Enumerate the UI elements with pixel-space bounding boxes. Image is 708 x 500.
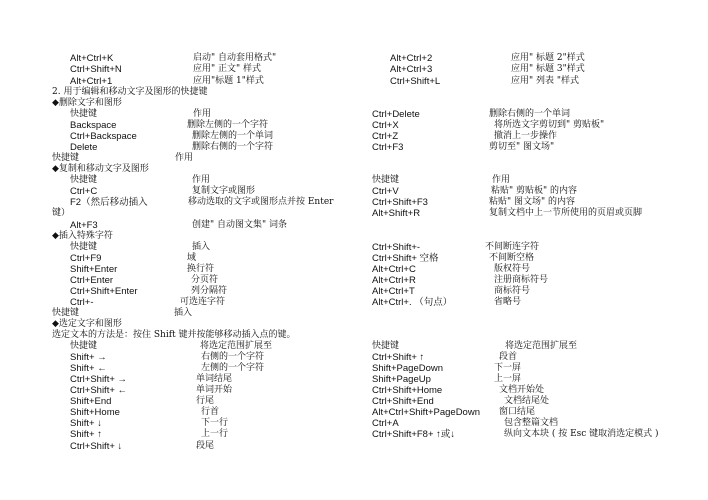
shortcut-key: Ctrl+Shift+F3 <box>372 197 428 208</box>
shortcut-key: Alt+Shift+R <box>372 208 420 219</box>
shortcut-key: Ctrl+A <box>372 418 399 429</box>
shortcut-key: Shift+ ↓ <box>70 418 102 429</box>
shortcut-key: Ctrl+Shift+N <box>70 64 122 75</box>
column-header-key: 快捷键 <box>70 175 97 186</box>
shortcut-desc: 粘贴" 剪贴板" 的内容 <box>491 186 577 197</box>
shortcut-desc: 删除右侧的一个字符 <box>192 142 273 153</box>
column-header-desc: 将选定范围扩展至 <box>200 341 272 352</box>
shortcut-desc: 应用" 标题 3"样式 <box>511 64 585 75</box>
shortcut-key: Alt+Ctrl+T <box>372 286 415 297</box>
column-header-key: 快捷键 <box>70 109 97 120</box>
column-header-desc: 插入 <box>174 308 192 319</box>
shortcut-desc: 文档结尾处 <box>504 396 549 407</box>
column-header-desc: 作用 <box>192 175 210 186</box>
subsection-heading: ◆删除文字和图形 <box>52 98 122 109</box>
shortcut-key: Alt+Ctrl+K <box>70 53 113 64</box>
shortcut-key: Ctrl+Z <box>372 131 398 142</box>
shortcut-key: Ctrl+Shift+ 空格 <box>372 253 439 264</box>
shortcut-key: Ctrl+Shift+- <box>372 242 420 253</box>
shortcut-key: Alt+Ctrl+3 <box>390 64 432 75</box>
shortcut-desc: 段尾 <box>196 441 214 452</box>
shortcut-desc: 删除右侧的一个单词 <box>489 109 570 120</box>
column-header-key: 快捷键 <box>372 175 399 186</box>
shortcut-desc: 分页符 <box>191 275 218 286</box>
shortcut-key: Alt+Ctrl+R <box>372 275 416 286</box>
shortcut-desc: 删除左侧的一个单词 <box>192 131 273 142</box>
column-header-desc: 作用 <box>175 153 193 164</box>
shortcut-key: Shift+Enter <box>70 264 117 275</box>
shortcut-key: Shift+PageUp <box>372 374 431 385</box>
shortcut-desc: 移动选取的文字或图形点并按 Enter <box>188 197 333 208</box>
shortcut-key: 键） <box>52 208 70 219</box>
shortcut-desc: 创建" 自动图文集" 词条 <box>192 220 287 231</box>
shortcut-desc: 行尾 <box>196 396 214 407</box>
subsection-heading: ◆选定文字和图形 <box>52 319 122 330</box>
shortcut-desc: 下一屏 <box>494 363 521 374</box>
shortcut-key: Ctrl+Shift+L <box>390 76 440 87</box>
shortcut-key: Ctrl+V <box>372 186 399 197</box>
shortcut-key: Ctrl+Delete <box>372 109 420 120</box>
shortcut-key: Ctrl+C <box>70 186 97 197</box>
column-header-desc: 作用 <box>492 175 510 186</box>
shortcut-desc: 单词开始 <box>196 385 232 396</box>
shortcut-desc: 上一行 <box>201 429 228 440</box>
shortcut-desc: 启动" 自动套用格式" <box>193 53 276 64</box>
column-header-key: 快捷键 <box>372 341 399 352</box>
shortcut-key: Ctrl+Shift+ ← <box>70 385 127 396</box>
shortcut-key: Alt+Ctrl+C <box>372 264 416 275</box>
shortcut-desc: 不间断空格 <box>489 253 534 264</box>
column-header-desc: 将选定范围扩展至 <box>505 341 577 352</box>
shortcut-desc: 域 <box>187 253 196 264</box>
column-header-key: 快捷键 <box>70 242 97 253</box>
shortcut-desc: 省略号 <box>494 297 521 308</box>
shortcut-key: Shift+ ← <box>70 363 107 374</box>
shortcut-desc: 窗口结尾 <box>499 407 535 418</box>
shortcut-key: Alt+F3 <box>70 220 98 231</box>
shortcut-desc: 商标符号 <box>494 286 530 297</box>
column-header-key: 快捷键 <box>52 153 79 164</box>
shortcut-desc: 可选连字符 <box>180 297 225 308</box>
shortcut-key: Ctrl+Shift+Home <box>372 385 442 396</box>
shortcut-key: Ctrl+F9 <box>70 253 101 264</box>
shortcut-key: Shift+PageDown <box>372 363 443 374</box>
shortcut-desc: 应用" 标题 2"样式 <box>511 53 585 64</box>
shortcut-key: Ctrl+Enter <box>70 275 113 286</box>
shortcut-desc: 版权符号 <box>494 264 530 275</box>
shortcut-key: Alt+Ctrl+2 <box>390 53 432 64</box>
subsection-heading: ◆复制和移动文字及图形 <box>52 164 149 175</box>
column-header-desc: 插入 <box>192 242 210 253</box>
column-header-desc: 作用 <box>193 109 211 120</box>
shortcut-desc: 复制文档中上一节所使用的页眉或页脚 <box>489 208 642 219</box>
shortcut-desc: 下一行 <box>201 418 228 429</box>
shortcut-key: Ctrl+X <box>372 120 399 131</box>
shortcut-key: F2（然后移动插入 <box>70 197 148 208</box>
shortcut-key: Delete <box>70 142 97 153</box>
shortcut-desc: 注册商标符号 <box>494 275 548 286</box>
shortcut-desc: 左侧的一个字符 <box>201 363 264 374</box>
shortcut-desc: 应用" 列表 "样式 <box>511 76 579 87</box>
column-header-key: 快捷键 <box>70 341 97 352</box>
shortcut-desc: 纵向文本块 ( 按 Esc 键取消选定模式 ) <box>504 429 659 440</box>
shortcut-key: Ctrl+Shift+F8+ ↑或↓ <box>372 429 455 440</box>
shortcut-key: Ctrl+Backspace <box>70 131 137 142</box>
shortcut-desc: 包含整篇文档 <box>504 418 558 429</box>
shortcut-key: Backspace <box>70 120 116 131</box>
shortcut-desc: 应用"标题 1"样式 <box>193 76 264 87</box>
shortcut-key: Ctrl+Shift+ → <box>70 374 127 385</box>
shortcut-key: Ctrl+Shift+ ↓ <box>70 441 122 452</box>
shortcut-key: Shift+End <box>70 396 111 407</box>
shortcut-key: Shift+ ↑ <box>70 429 102 440</box>
shortcut-desc: 撤消上一步操作 <box>494 131 557 142</box>
shortcut-key: Ctrl+Shift+ ↑ <box>372 352 424 363</box>
column-header-key: 快捷键 <box>52 308 79 319</box>
shortcut-key: Shift+Home <box>70 407 120 418</box>
shortcut-desc: 不间断连字符 <box>485 242 539 253</box>
shortcut-key: Alt+Ctrl+Shift+PageDown <box>372 407 480 418</box>
shortcut-key: Ctrl+Shift+Enter <box>70 286 138 297</box>
shortcut-desc: 应用" 正文" 样式 <box>193 64 261 75</box>
shortcut-desc: 换行符 <box>187 264 214 275</box>
section-title: 2. 用于编辑和移动文字及图形的快捷键 <box>52 87 207 98</box>
shortcut-key: Ctrl+- <box>70 297 94 308</box>
shortcut-key: Ctrl+F3 <box>372 142 403 153</box>
shortcut-key: Alt+Ctrl+1 <box>70 76 112 87</box>
shortcut-desc: 行首 <box>201 407 219 418</box>
shortcut-desc: 删除左侧的一个字符 <box>187 120 268 131</box>
shortcut-key: Ctrl+Shift+End <box>372 396 434 407</box>
intro-text: 选定文本的方法是：按住 Shift 键并按能够移动插入点的键。 <box>52 330 296 341</box>
shortcut-desc: 上一屏 <box>494 374 521 385</box>
shortcut-desc: 剪切至" 图文场" <box>489 142 554 153</box>
shortcut-desc: 将所选文字剪切到" 剪贴板" <box>494 120 604 131</box>
shortcut-desc: 文档开始处 <box>499 385 544 396</box>
shortcut-desc: 列分隔符 <box>191 286 227 297</box>
shortcut-desc: 粘贴" 图文场" 的内容 <box>489 197 575 208</box>
shortcut-key: Shift+ → <box>70 352 107 363</box>
subsection-heading: ◆插入特殊字符 <box>52 231 113 242</box>
shortcut-desc: 单词结尾 <box>196 374 232 385</box>
shortcut-desc: 右侧的一个字符 <box>201 352 264 363</box>
shortcut-key: Alt+Ctrl+. （句点） <box>372 297 452 308</box>
shortcut-desc: 段首 <box>499 352 517 363</box>
shortcut-desc: 复制文字或图形 <box>192 186 255 197</box>
